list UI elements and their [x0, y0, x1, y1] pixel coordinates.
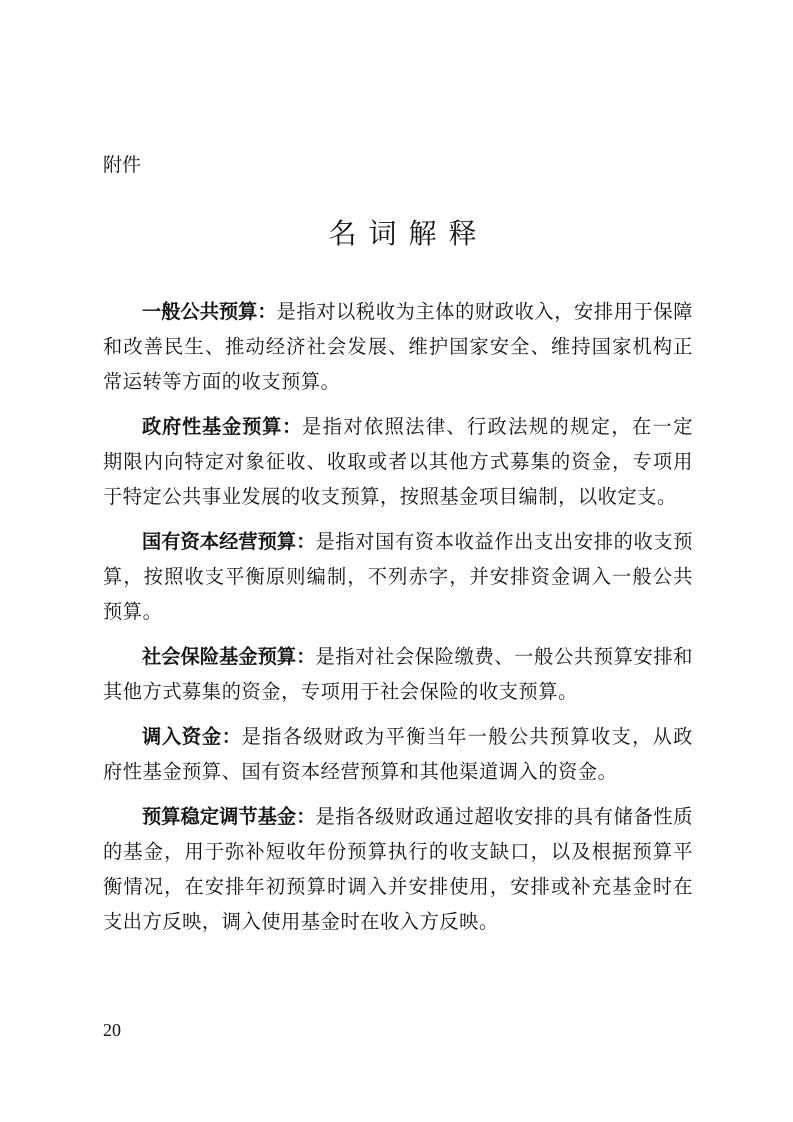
- glossary-entry-social-insurance-fund-budget: 社会保险基金预算：是指对社会保险缴费、一般公共预算安排和其他方式募集的资金，专项…: [103, 639, 693, 709]
- glossary-entry-general-public-budget: 一般公共预算：是指对以税收为主体的财政收入，安排用于保障和改善民生、推动经济社会…: [103, 294, 693, 399]
- page-number: 20: [103, 1020, 121, 1041]
- glossary-term: 社会保险基金预算：: [142, 645, 315, 668]
- glossary-entry-state-capital-budget: 国有资本经营预算：是指对国有资本收益作出支出安排的收支预算，按照收支平衡原则编制…: [103, 524, 693, 629]
- glossary-term: 一般公共预算：: [142, 300, 277, 323]
- glossary-entry-budget-stabilization-fund: 预算稳定调节基金：是指各级财政通过超收安排的具有储备性质的基金，用于弥补短收年份…: [103, 799, 693, 939]
- glossary-term: 国有资本经营预算：: [142, 530, 315, 553]
- page-title: 名词解释: [0, 212, 793, 252]
- glossary-term: 调入资金：: [142, 725, 242, 748]
- glossary-term: 政府性基金预算：: [142, 415, 302, 438]
- attachment-label: 附件: [103, 150, 141, 177]
- glossary-term: 预算稳定调节基金：: [142, 805, 315, 828]
- glossary-entry-transferred-funds: 调入资金：是指各级财政为平衡当年一般公共预算收支，从政府性基金预算、国有资本经营…: [103, 719, 693, 789]
- glossary-entry-government-fund-budget: 政府性基金预算：是指对依照法律、行政法规的规定，在一定 期限内向特定对象征收、收…: [103, 409, 693, 514]
- glossary-content: 一般公共预算：是指对以税收为主体的财政收入，安排用于保障和改善民生、推动经济社会…: [103, 294, 693, 949]
